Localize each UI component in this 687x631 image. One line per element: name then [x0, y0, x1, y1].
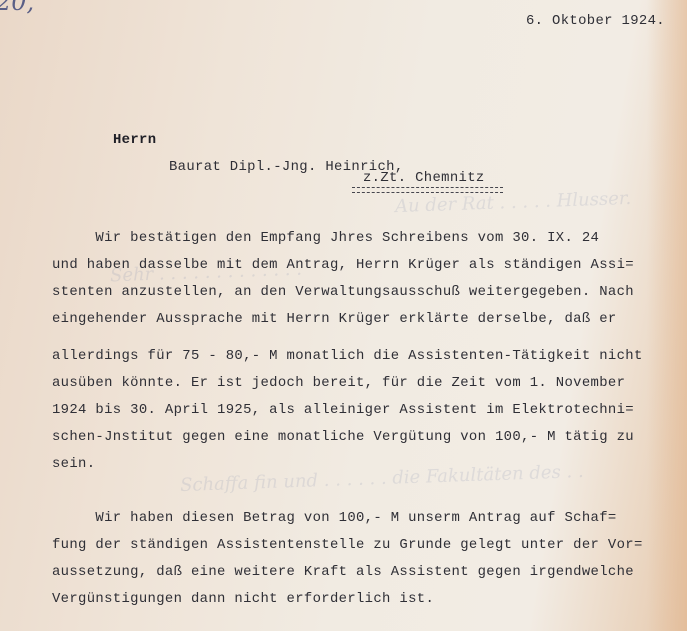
body-line: fung der ständigen Assistentenstelle zu … — [52, 537, 643, 553]
body-line: ausüben könnte. Er ist jedoch bereit, fü… — [52, 375, 625, 391]
letter-page: Au der Rat . . . . . Hlusser. Sehr . . .… — [0, 0, 687, 631]
recipient-salutation: Herrn — [113, 132, 156, 148]
letter-date: 6. Oktober 1924. — [526, 13, 665, 29]
recipient-location: z.Zt. Chemnitz — [363, 170, 485, 186]
margin-note: 20, — [0, 0, 34, 16]
body-line: Vergünstigungen dann nicht erforderlich … — [52, 591, 434, 607]
address-double-underline — [352, 187, 503, 193]
bleed-through-handwriting: Schaffa fin und . . . . . . die Fakultät… — [180, 461, 584, 496]
body-line: schen-Jnstitut gegen eine monatliche Ver… — [52, 429, 634, 445]
body-line: Wir haben diesen Betrag von 100,- M unse… — [52, 510, 617, 526]
body-line: und haben dasselbe mit dem Antrag, Herrn… — [52, 257, 634, 273]
body-line: stenten anzustellen, an den Verwaltungsa… — [52, 284, 634, 300]
body-line: Wir bestätigen den Empfang Jhres Schreib… — [52, 230, 599, 246]
page-edge-shadow — [647, 0, 687, 631]
body-line: aussetzung, daß eine weitere Kraft als A… — [52, 564, 634, 580]
body-line: allerdings für 75 - 80,- M monatlich die… — [52, 348, 643, 364]
body-line: sein. — [52, 456, 95, 472]
body-line: 1924 bis 30. April 1925, als alleiniger … — [52, 402, 634, 418]
body-line: eingehender Aussprache mit Herrn Krüger … — [52, 311, 617, 327]
